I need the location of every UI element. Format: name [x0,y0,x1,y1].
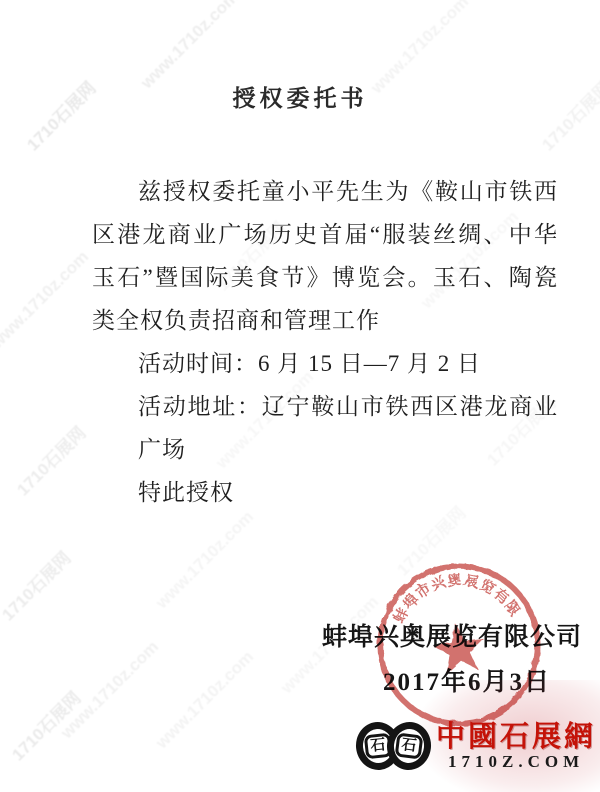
site-url: 1710Z.COM [436,752,596,772]
watermark-text: www.1710z.com [57,637,163,743]
site-logo: 石 石 中國石展網 1710Z.COM [356,722,596,772]
seal-arc-text: 蚌埠市兴奥展览有限公司 [371,557,525,626]
watermark-text: 1710石展网 [5,685,85,765]
scanned-document-page: 1710石展网www.1710z.comwww.1710z.com1710石展网… [0,0,600,792]
event-address-label: 活动地址： [138,394,262,419]
authorization-paragraph: 兹授权委托童小平先生为《鞍山市铁西区港龙商业广场历史首届“服装丝绸、中华玉石”暨… [92,170,558,342]
watermark-text: 1710石展网 [0,545,75,625]
watermark-text: www.1710z.com [137,0,243,93]
logo-badges: 石 石 [356,722,431,770]
event-time-value: 6 月 15 日—7 月 2 日 [258,351,481,376]
event-time-label: 活动时间： [138,351,258,376]
event-address-line: 活动地址：辽宁鞍山市铁西区港龙商业广场 [92,385,558,471]
document-body: 兹授权委托童小平先生为《鞍山市铁西区港龙商业广场历史首届“服装丝绸、中华玉石”暨… [92,170,558,514]
watermark-text: www.1710z.com [0,247,93,353]
signature-date: 2017年6月3日 [383,662,551,698]
event-time-line: 活动时间：6 月 15 日—7 月 2 日 [92,342,558,385]
watermark-text: www.1710z.com [152,507,258,613]
logo-text-block: 中國石展網 1710Z.COM [436,722,596,772]
watermark-text: www.1710z.com [152,647,258,753]
signature-company-name: 蚌埠兴奥展览有限公司 [322,617,582,653]
site-name: 中國石展網 [436,722,596,752]
stone-character: 石 [395,732,423,760]
closing-line: 特此授权 [92,471,558,514]
watermark-text: 1710石展网 [10,420,90,500]
document-title: 授权委托书 [0,80,600,113]
